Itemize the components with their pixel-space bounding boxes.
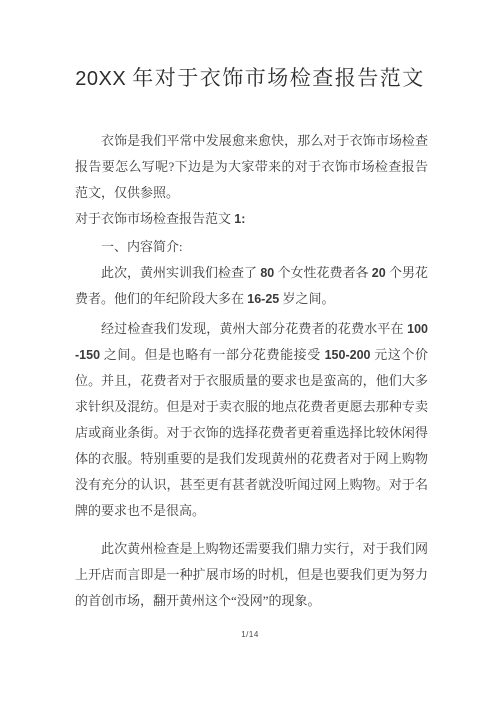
section-heading: 对于衣饰市场检查报告范文 1: <box>75 206 428 232</box>
latin-text-run: 1: <box>234 212 245 226</box>
section-subheading: 一、内容简介: <box>75 234 428 260</box>
page-number: 1/14 <box>0 630 500 639</box>
intro-paragraph: 衣饰是我们平常中发展愈来愈快，那么对于衣饰市场检查报告要怎么写呢?下边是为大家带… <box>75 128 428 206</box>
document-body: 衣饰是我们平常中发展愈来愈快，那么对于衣饰市场检查报告要怎么写呢?下边是为大家带… <box>75 128 428 614</box>
survey-paragraph: 此次，黄州实训我们检查了 80 个女性花费者各 20 个男花费者。他们的年纪阶段… <box>75 260 428 312</box>
cjk-text-run: 岁之间。 <box>279 291 334 306</box>
cjk-text-run: 之间。但是也略有一部分花费能接受 <box>100 347 325 362</box>
cjk-text-run: 此次，黄州实训我们检查了 <box>101 265 260 280</box>
latin-text-run: 16-25 <box>247 292 279 306</box>
cjk-text-run: 经过检查我们发现，黄州大部分花费者的花费水平在 <box>101 321 407 336</box>
cjk-text-run: 元这个价位。并且，花费者对于衣服质量的要求也是蛮高的，他们大多求针织及混纺。但是… <box>75 347 428 518</box>
cjk-text-run: 衣饰是我们平常中发展愈来愈快，那么对于衣饰市场检查报告要怎么写呢?下边是为大家带… <box>75 133 428 200</box>
page-title: 20XX 年对于衣饰市场检查报告范文 <box>0 0 500 92</box>
findings-paragraph: 经过检查我们发现，黄州大部分花费者的花费水平在 100-150 之间。但是也略有… <box>75 316 428 524</box>
conclusion-paragraph: 此次黄州检查是上购物还需要我们鼎力实行，对于我们网上开店而言即是一种扩展市场的时… <box>75 536 428 614</box>
cjk-text-run: 对于衣饰市场检查报告范文 <box>75 211 234 226</box>
latin-text-run: 20 <box>372 266 386 280</box>
cjk-text-run: 一、内容简介: <box>101 239 183 254</box>
cjk-text-run: 此次黄州检查是上购物还需要我们鼎力实行，对于我们网上开店而言即是一种扩展市场的时… <box>75 541 428 608</box>
document-page: 20XX 年对于衣饰市场检查报告范文 衣饰是我们平常中发展愈来愈快，那么对于衣饰… <box>0 0 500 708</box>
latin-text-run: 20XX <box>75 68 132 90</box>
cjk-text-run: 年对于衣饰市场检查报告范文 <box>132 66 425 90</box>
latin-text-run: 80 <box>260 266 274 280</box>
cjk-text-run: 个女性花费者各 <box>274 265 372 280</box>
latin-text-run: 150-200 <box>325 348 371 362</box>
